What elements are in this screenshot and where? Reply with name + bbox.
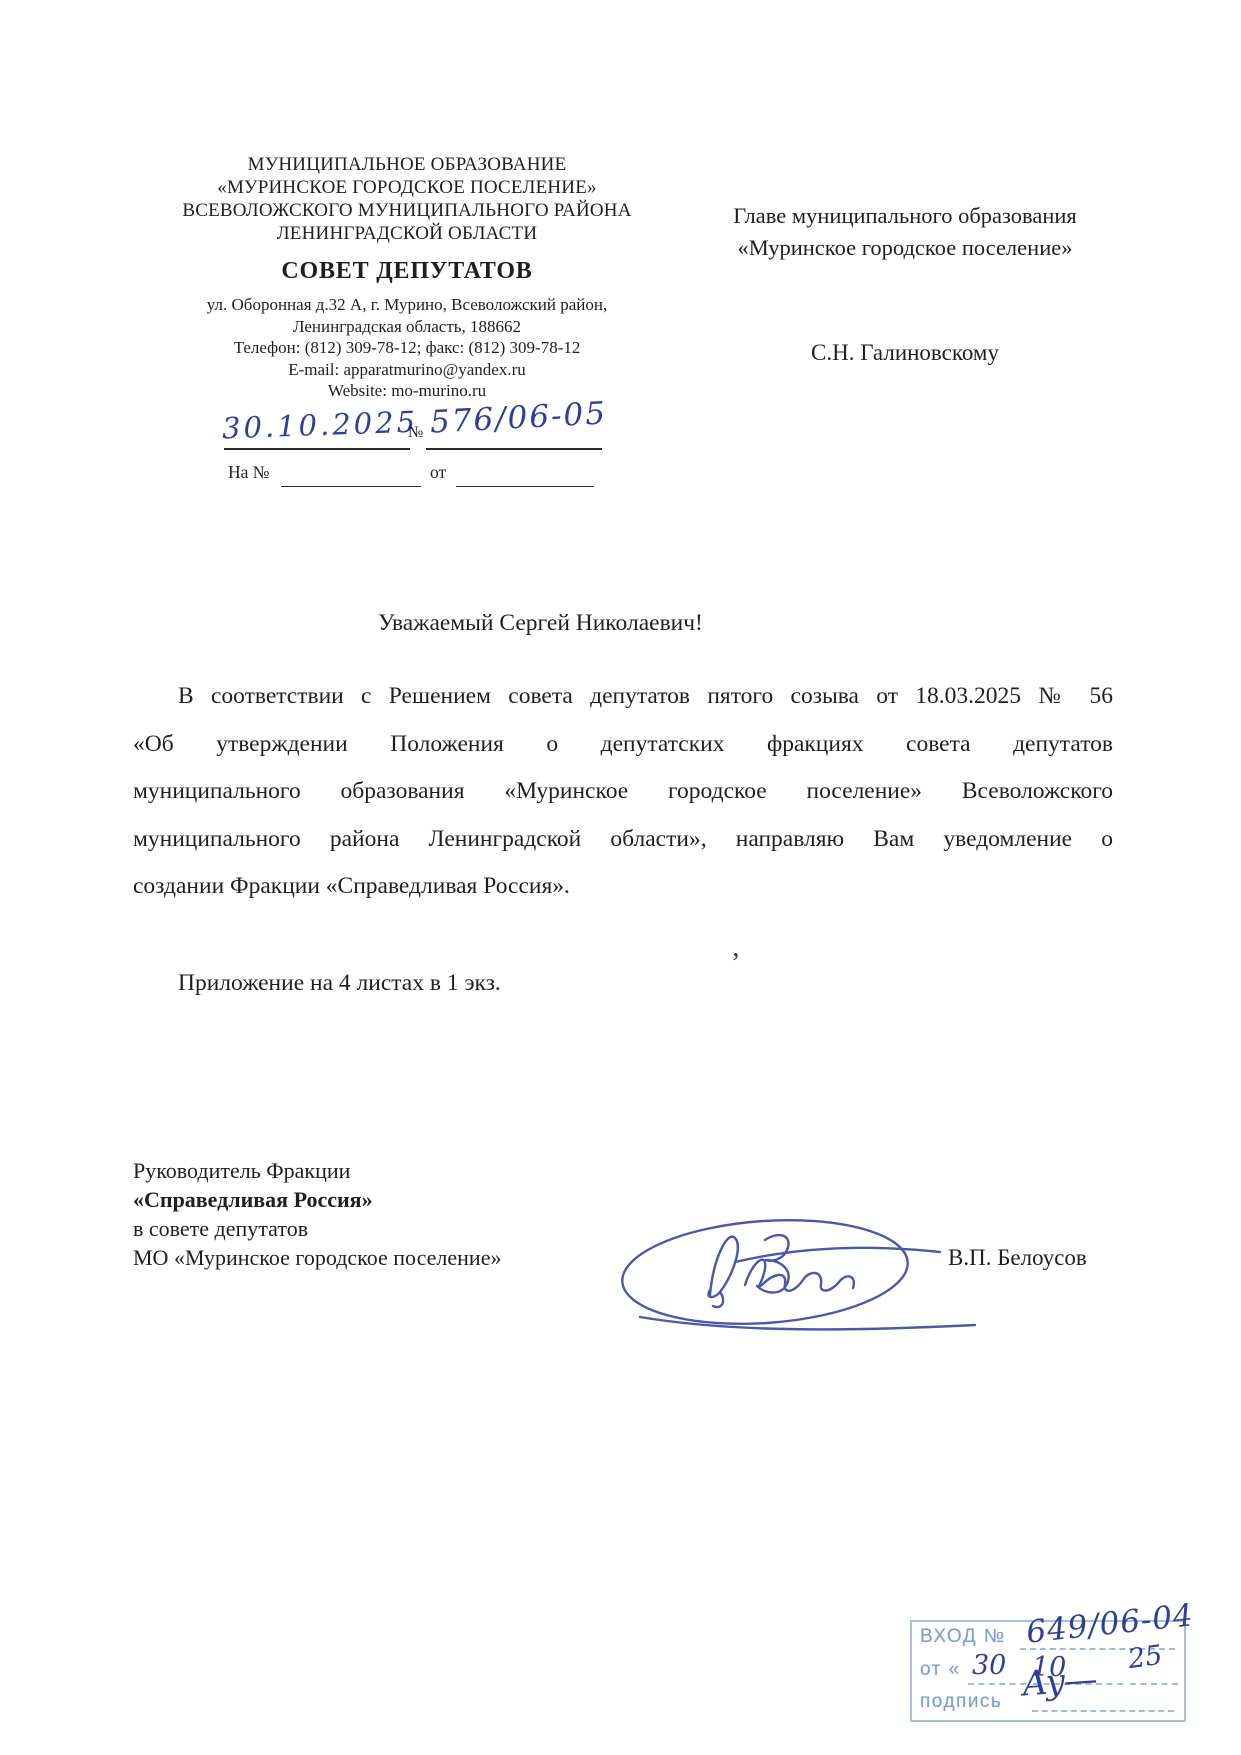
addressee-line: «Муринское городское поселение»	[695, 232, 1115, 264]
address-line: ул. Оборонная д.32 А, г. Мурино, Всеволо…	[157, 294, 657, 316]
signer-name: В.П. Белоусов	[948, 1245, 1087, 1271]
stamp-line	[968, 1683, 1026, 1685]
date-underline	[224, 448, 410, 450]
body-line: В соответствии с Решением совета депутат…	[133, 683, 1113, 731]
addressee-line: Главе муниципального образования	[695, 200, 1115, 232]
signoff-block: Руководитель Фракции «Справедливая Росси…	[133, 1156, 501, 1272]
stamp-date-year: 25	[1126, 1640, 1164, 1675]
attachment-note: Приложение на 4 листах в 1 экз.	[178, 970, 501, 997]
signoff-line-faction: «Справедливая Россия»	[133, 1185, 501, 1214]
address-line: E-mail: apparatmurino@yandex.ru	[157, 359, 657, 381]
signature-autograph	[595, 1200, 1015, 1350]
signoff-line: МО «Муринское городское поселение»	[133, 1243, 501, 1272]
handwritten-date: 30.10.2025	[221, 405, 418, 446]
signoff-line: Руководитель Фракции	[133, 1156, 501, 1185]
salutation: Уважаемый Сергей Николаевич!	[378, 610, 703, 637]
body-line: муниципального района Ленинградской обла…	[133, 826, 1113, 874]
address-line: Телефон: (812) 309-78-12; факс: (812) 30…	[157, 337, 657, 359]
org-name-line: ВСЕВОЛОЖСКОГО МУНИЦИПАЛЬНОГО РАЙОНА	[157, 199, 657, 222]
ref-number-label: На №	[228, 462, 269, 483]
org-address: ул. Оборонная д.32 А, г. Мурино, Всеволо…	[157, 294, 657, 402]
org-name-line: ЛЕНИНГРАДСКОЙ ОБЛАСТИ	[157, 222, 657, 245]
ref-date-blank	[456, 486, 594, 487]
ref-date-label: от	[430, 462, 446, 483]
org-name-line: «МУРИНСКОЕ ГОРОДСКОЕ ПОСЕЛЕНИЕ»	[157, 176, 657, 199]
stamp-date-label: от «	[920, 1659, 961, 1681]
stray-pen-mark: ’	[731, 948, 740, 980]
addressee-block: Главе муниципального образования «Муринс…	[695, 200, 1115, 264]
stamp-incoming-number-label: ВХОД №	[920, 1626, 1006, 1648]
body-line: муниципального образования «Муринское го…	[133, 778, 1113, 826]
body-paragraph: В соответствии с Решением совета депутат…	[133, 683, 1113, 921]
number-sign: №	[408, 424, 423, 442]
address-line: Ленинградская область, 188662	[157, 316, 657, 338]
handwritten-number: 576/06-05	[429, 395, 608, 440]
letterhead: МУНИЦИПАЛЬНОЕ ОБРАЗОВАНИЕ «МУРИНСКОЕ ГОР…	[157, 153, 657, 402]
org-name-line: МУНИЦИПАЛЬНОЕ ОБРАЗОВАНИЕ	[157, 153, 657, 176]
stamp-date-day: 30	[972, 1650, 1006, 1681]
stamp-signature-label: подпись	[920, 1691, 1002, 1713]
number-underline	[426, 448, 602, 450]
body-line: создании Фракции «Справедливая Россия».	[133, 873, 1113, 921]
council-title: СОВЕТ ДЕПУТАТОВ	[157, 258, 657, 285]
addressee-name: С.Н. Галиновскому	[695, 340, 1115, 366]
stamp-line	[1032, 1710, 1174, 1712]
stamp-line	[1130, 1683, 1178, 1685]
letter-page: МУНИЦИПАЛЬНОЕ ОБРАЗОВАНИЕ «МУРИНСКОЕ ГОР…	[0, 0, 1241, 1755]
signoff-line: в совете депутатов	[133, 1214, 501, 1243]
stamp-signature-mark: Ау—	[1021, 1659, 1097, 1704]
ref-number-blank	[281, 486, 421, 487]
body-line: «Об утверждении Положения о депутатских …	[133, 731, 1113, 779]
